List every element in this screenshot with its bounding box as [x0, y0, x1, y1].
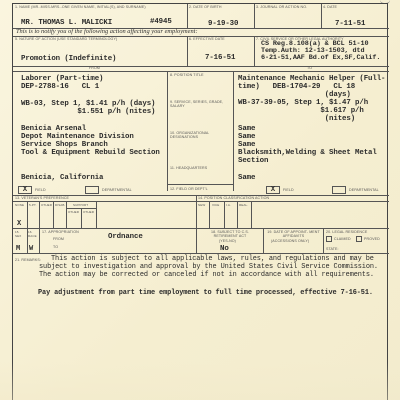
vp-sub-col-1: Other [68, 210, 79, 214]
nature-of-action: Promotion (Indefinite) [21, 55, 116, 64]
authority-line-3: 6-21-51,AAF Bd.of Ex,SF,Calif. [261, 55, 380, 62]
claimed-label: Claimed [334, 237, 351, 241]
appropriation-value: Ordnance [108, 233, 143, 242]
paper-fold-shadow [0, 362, 400, 400]
from-headquarters: Benicia, California [21, 174, 103, 183]
sex-value: M [16, 245, 20, 253]
race-label: 16. Race [28, 230, 39, 238]
dob-label: 2. Date of Birth [189, 5, 222, 9]
retirement-label: 18. Subject to C.S. Retirement Act [199, 230, 261, 238]
pc-col-real: Real. [239, 203, 248, 207]
personnel-action-document: 1. Name (Mr.-Miss-Mrs.-One given name, i… [0, 0, 400, 400]
position-title-label: 8. Position Title [170, 73, 204, 77]
state-label: State: [326, 247, 339, 251]
employee-number: #4945 [150, 18, 172, 27]
from-label: From [89, 66, 100, 70]
vp-none-mark: X [17, 220, 21, 228]
remarks-line-3: The action may be corrected or canceled … [39, 271, 374, 280]
appropriation-to-label: To [53, 245, 58, 249]
appropriation-label: 17. Appropriation [42, 230, 79, 234]
from-departmental-label: Departmental [102, 188, 132, 192]
from-field-label: Field [35, 188, 46, 192]
retirement-sub: (Yes-No) [219, 239, 236, 243]
remarks-note: Pay adjustment from part time employment… [38, 289, 373, 298]
vp-col-none: None [15, 203, 24, 207]
from-salary-nites: $1.551 p/h (nites) [21, 108, 155, 117]
name-label: 1. Name (Mr.-Miss-Mrs.-One given name, i… [15, 5, 146, 9]
from-departmental-checkbox[interactable] [85, 186, 99, 194]
race-value: W [29, 245, 33, 253]
to-label: To [307, 66, 312, 70]
remarks-label: 21. Remarks: [15, 258, 41, 262]
field-dept-label: 12. Field or Dept'l [170, 187, 208, 191]
journal-label: 3. Journal or Action No. [256, 5, 307, 9]
effective-date-label: 6. Effective Date [189, 37, 225, 41]
from-org-4: Tool & Equipment Rebuild Section [21, 149, 160, 158]
vp-col-disab: Disab. [55, 203, 65, 207]
service-grade-label: 9. Service, Series, Grade, Salary [170, 100, 230, 108]
from-field-checkbox[interactable]: X [18, 186, 32, 194]
to-headquarters: Same [238, 174, 255, 183]
claimed-checkbox[interactable] [326, 236, 332, 242]
appointment-affidavits-label: 19. Date of Appoint- ment Affidavits [266, 230, 321, 238]
pc-col-ia: I.A. [226, 203, 231, 207]
headquarters-label: 11. Headquarters [170, 166, 207, 170]
veterans-preference-label: 13. Veteran's Preference [15, 196, 69, 200]
notify-line: This is to notify you of the following a… [16, 28, 198, 35]
vp-col-5pt: 5-Pt. [29, 203, 37, 207]
vp-col-other: Other [41, 203, 52, 207]
to-departmental-label: Departmental [349, 188, 379, 192]
org-designations-label: 10. Organizational Designations [170, 131, 230, 139]
classification-label: 14. Position Classification Action [198, 196, 269, 200]
proved-label: Proved [364, 237, 380, 241]
employee-name: MR. THOMAS L. MALICKI [21, 19, 112, 28]
vp-col-support: Support [73, 203, 88, 207]
to-field-label: Field [283, 188, 294, 192]
sex-label: 15. Sex [15, 230, 26, 238]
legal-residence-label: 20. Legal Residence [326, 230, 367, 234]
vp-sub-col-2: Other [83, 210, 94, 214]
proved-checkbox[interactable] [356, 236, 362, 242]
to-field-checkbox[interactable]: X [266, 186, 280, 194]
pc-col-new: New [198, 203, 205, 207]
notification-of-personnel-action-form: 1. Name (Mr.-Miss-Mrs.-One given name, i… [12, 3, 388, 400]
effective-date: 7-16-51 [205, 54, 235, 63]
date-label: 4. Date [323, 5, 337, 9]
from-position-code: DEP-2788-16 CL 1 [21, 83, 99, 92]
pc-col-vice: Vice [212, 203, 219, 207]
appropriation-from-label: From [53, 237, 64, 241]
to-salary-nites-note: (nites) [238, 115, 355, 124]
nature-of-action-label: 5. Nature of Action (Use standard termin… [15, 37, 117, 41]
appointment-affidavits-sub: (Accessions only) [271, 239, 309, 243]
to-departmental-checkbox[interactable] [332, 186, 346, 194]
to-org-5: Section [238, 157, 268, 166]
